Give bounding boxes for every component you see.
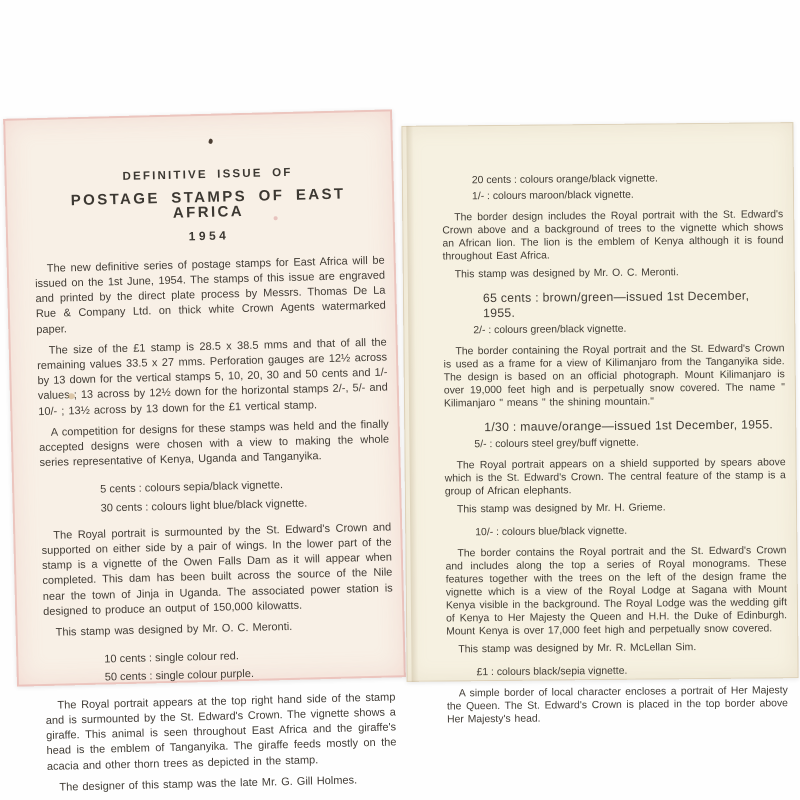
title-line-2: POSTAGE STAMPS OF EAST AFRICA bbox=[33, 186, 384, 225]
paragraph: The Royal portrait appears at the top ri… bbox=[45, 690, 397, 775]
designer-credit: The designer of this stamp was the late … bbox=[47, 772, 397, 796]
paragraph: The Royal portrait appears on a shield s… bbox=[445, 456, 786, 498]
paragraph: The border contains the Royal portrait a… bbox=[445, 544, 787, 638]
stamp-value-line: 20 cents : colours orange/black vignette… bbox=[442, 171, 783, 187]
stamp-value-line: 2/- : colours green/black vignette. bbox=[443, 321, 784, 337]
paragraph: The border design includes the Royal por… bbox=[442, 208, 783, 263]
booklet-right-page: 20 cents : colours orange/black vignette… bbox=[401, 122, 798, 682]
designer-credit: This stamp was designed by Mr. H. Grieme… bbox=[445, 500, 786, 516]
paragraph: The border containing the Royal portrait… bbox=[443, 342, 785, 410]
stamp-value-line: 1/- : colours maroon/black vignette. bbox=[442, 187, 783, 203]
paragraph: A simple border of local character enclo… bbox=[447, 684, 788, 726]
stamp-value-line: 10/- : colours blue/black vignette. bbox=[445, 523, 786, 539]
stamp-value-line: 5/- : colours steel grey/buff vignette. bbox=[444, 435, 785, 451]
page-fold-crease bbox=[406, 126, 418, 682]
title-line-3: 1954 bbox=[34, 224, 384, 248]
ink-speck bbox=[208, 138, 213, 144]
stamp-value-line-added-1955: 65 cents : brown/green—issued 1st Decemb… bbox=[443, 288, 784, 321]
designer-credit: This stamp was designed by Mr. O. C. Mer… bbox=[443, 265, 784, 281]
stamp-value-line: £1 : colours black/sepia vignette. bbox=[447, 663, 788, 679]
stamp-value-line-added-1955: 1/30 : mauve/orange—issued 1st December,… bbox=[444, 417, 785, 435]
designer-credit: This stamp was designed by Mr. O. C. Mer… bbox=[44, 618, 394, 642]
paragraph: The new definitive series of postage sta… bbox=[35, 253, 387, 338]
paragraph: The size of the £1 stamp is 28.5 x 38.5 … bbox=[37, 335, 389, 420]
document-title: DEFINITIVE ISSUE OF POSTAGE STAMPS OF EA… bbox=[32, 164, 384, 248]
paragraph: A competition for designs for these stam… bbox=[39, 417, 390, 471]
right-page-text: 20 cents : colours orange/black vignette… bbox=[442, 171, 788, 726]
left-page-text: The new definitive series of postage sta… bbox=[35, 253, 398, 795]
booklet-left-page: DEFINITIVE ISSUE OF POSTAGE STAMPS OF EA… bbox=[3, 109, 406, 686]
title-line-1: DEFINITIVE ISSUE OF bbox=[32, 164, 382, 188]
designer-credit: This stamp was designed by Mr. R. McLell… bbox=[446, 640, 787, 656]
paragraph: The Royal portrait is surmounted by the … bbox=[41, 520, 393, 620]
